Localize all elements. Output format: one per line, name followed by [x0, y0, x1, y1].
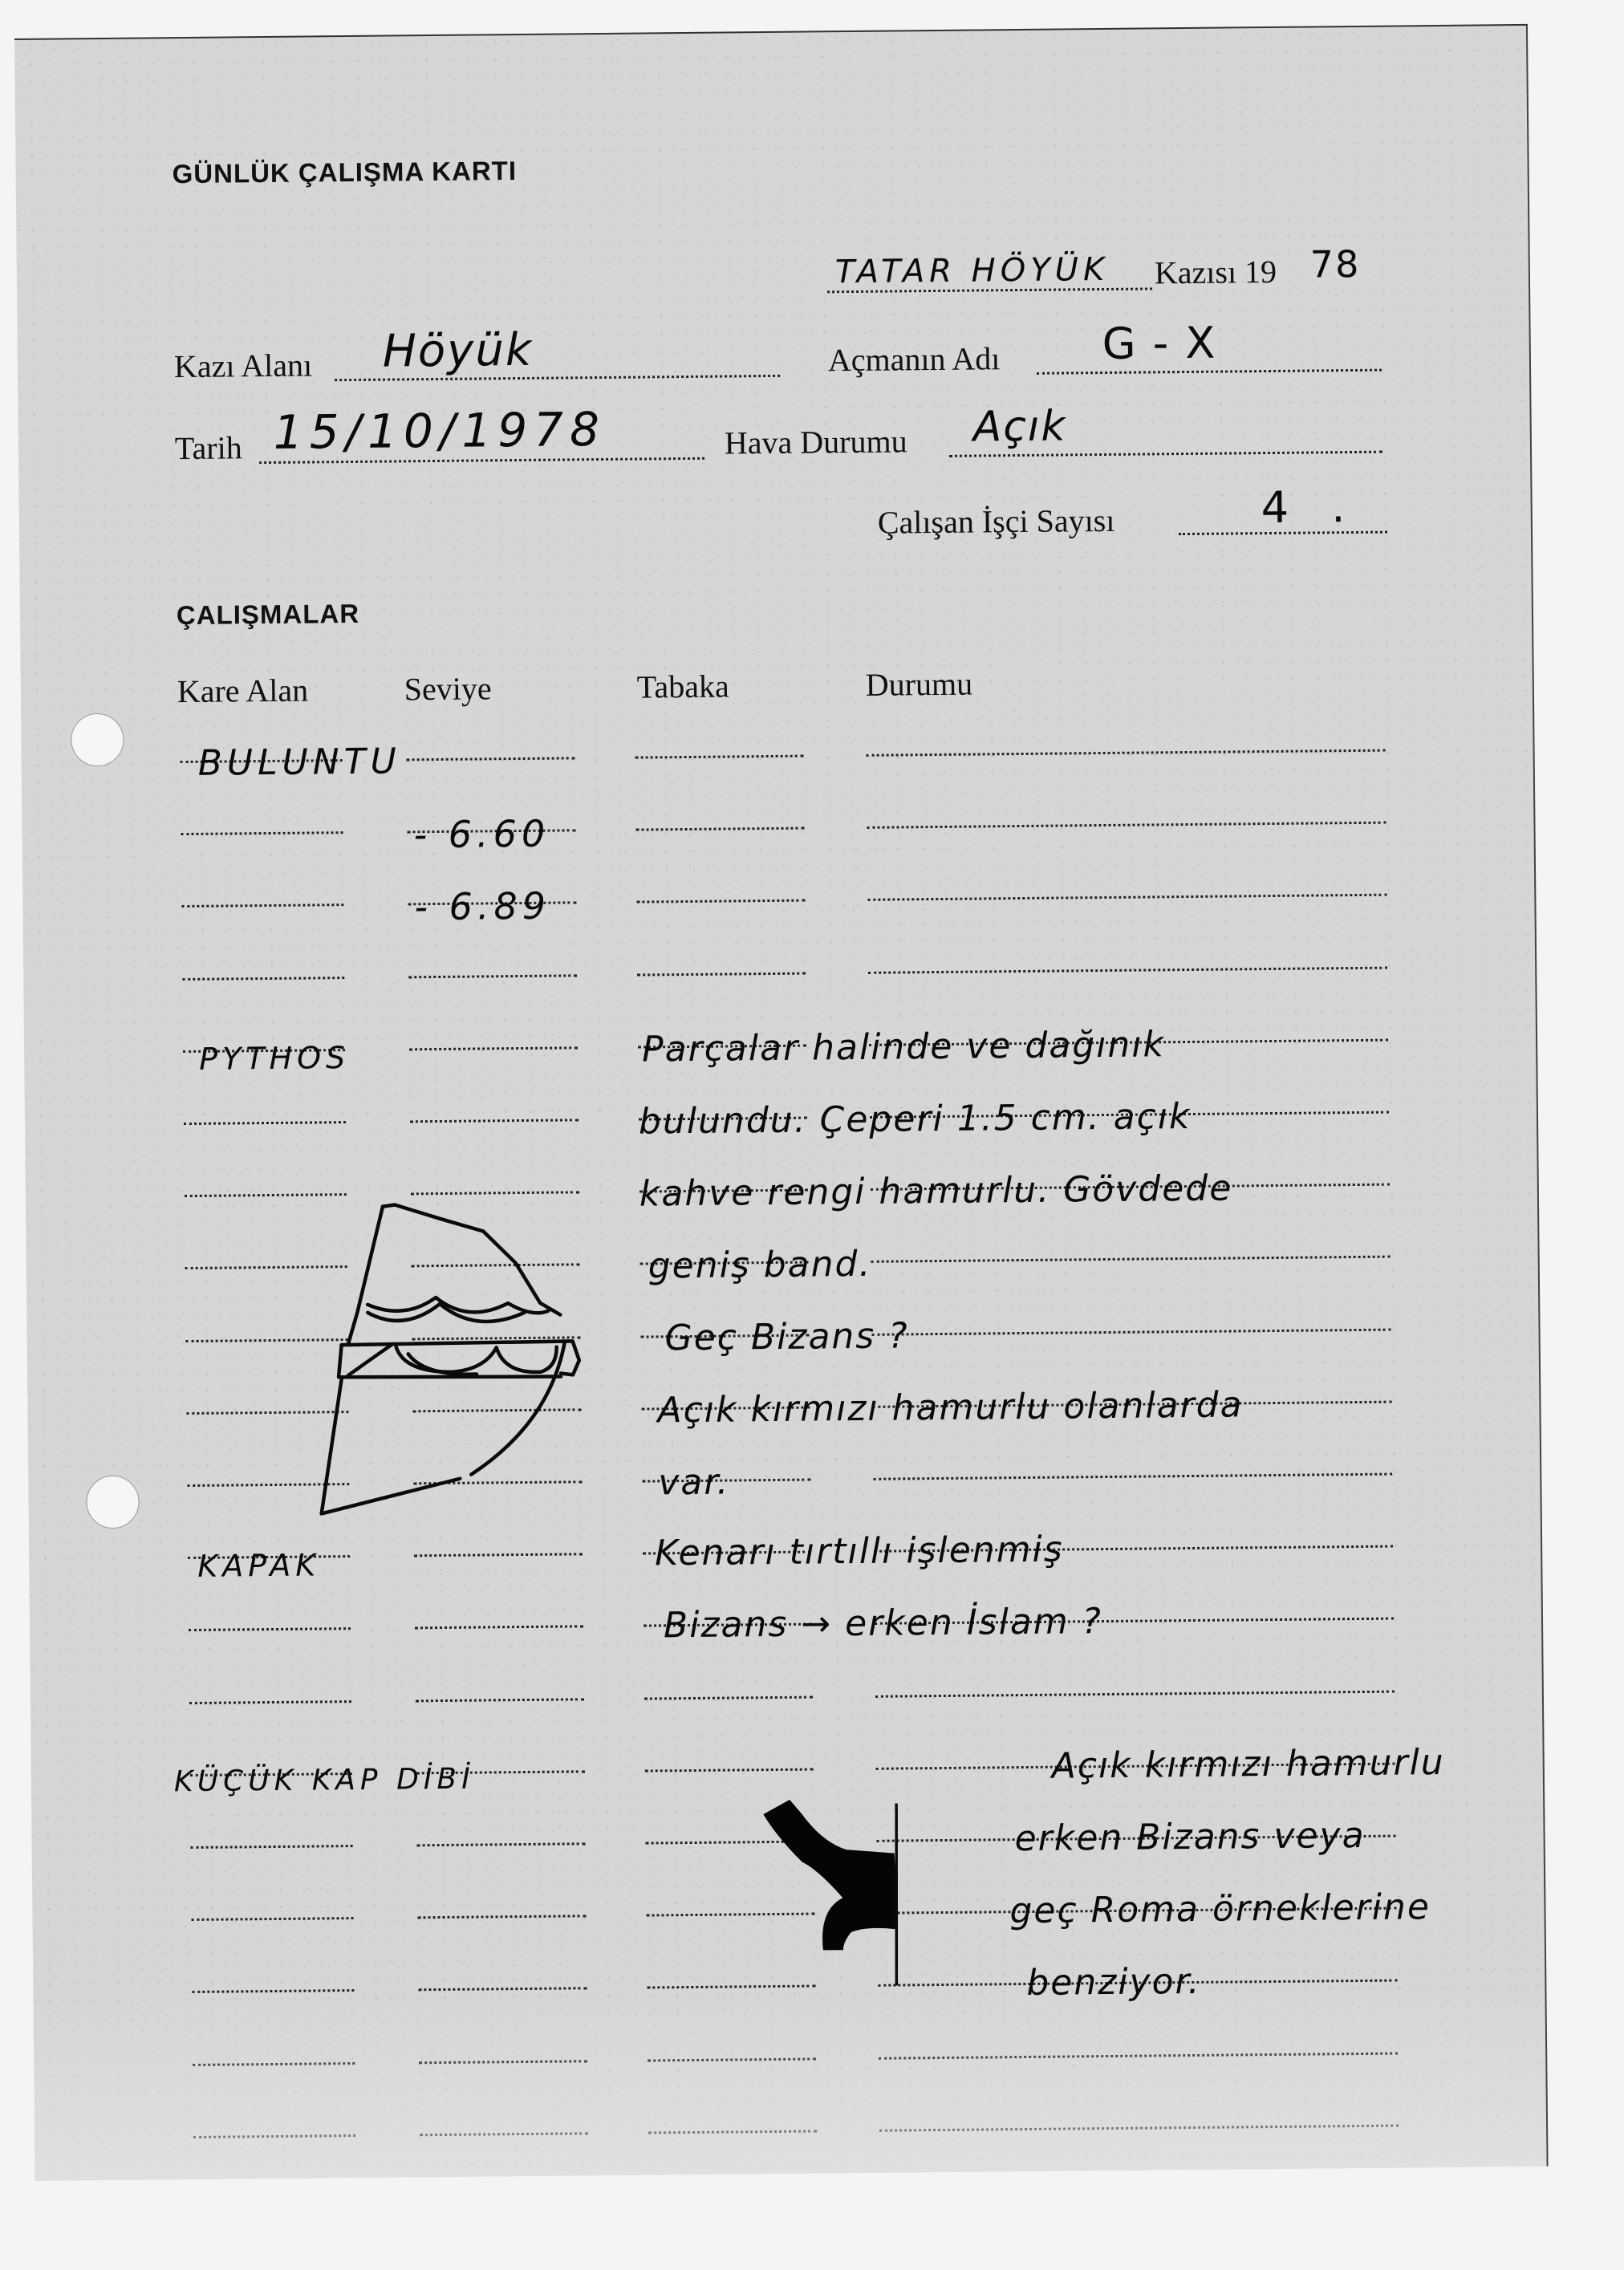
row-dotted-line [416, 1698, 584, 1702]
row-dotted-line [636, 899, 805, 904]
column-header-seviye: Seviye [404, 669, 492, 708]
excavation-year-handwritten[interactable]: 78 [1310, 242, 1361, 286]
work-card: GÜNLÜK ÇALIŞMA KARTI TATAR HÖYÜK Kazısı … [14, 24, 1549, 2181]
row-dotted-line [648, 2130, 817, 2134]
row-dotted-line [409, 1046, 578, 1050]
row-dotted-line [867, 749, 1386, 757]
kucuk-kap-dibi-kare-alan[interactable]: KÜÇÜK KAP DİBİ [174, 1763, 475, 1799]
kucuk-kap-dibi-durumu-line-4[interactable]: benziyor. [1026, 1961, 1201, 2004]
kazi-alani-label: Kazı Alanı [174, 346, 313, 385]
row-dotted-line [417, 1915, 586, 1919]
row-dotted-line [867, 822, 1386, 829]
row-dotted-line [418, 1988, 587, 1992]
row-dotted-line [879, 2052, 1398, 2059]
row-dotted-line [193, 2134, 355, 2138]
punch-hole [86, 1476, 140, 1529]
excavation-year-label: Kazısı 19 [1155, 253, 1277, 291]
row-dotted-line [635, 755, 804, 759]
row-dotted-line [414, 1553, 583, 1557]
hava-durumu-label: Hava Durumu [725, 422, 907, 461]
row-dotted-line [872, 1328, 1391, 1335]
row-dotted-line [875, 1690, 1395, 1697]
form-title: GÜNLÜK ÇALIŞMA KARTI [172, 156, 517, 189]
row-dotted-line [645, 1768, 814, 1772]
row-dotted-line [408, 974, 577, 978]
row-dotted-line [871, 1256, 1391, 1263]
kapak-kare-alan[interactable]: KAPAK [197, 1547, 320, 1583]
kazi-alani-value[interactable]: Höyük [382, 324, 533, 378]
row-dotted-line [635, 827, 804, 831]
pythos-kare-alan[interactable]: PYTHOS [199, 1040, 350, 1077]
kucuk-kap-dibi-durumu-line-3[interactable]: geç Roma örneklerine [1009, 1886, 1431, 1931]
row-dotted-line [868, 966, 1387, 973]
row-dotted-line [189, 1700, 351, 1704]
tarih-value[interactable]: 15/10/1978 [273, 402, 606, 460]
row-dotted-line [193, 2062, 355, 2066]
column-header-durumu: Durumu [866, 665, 973, 704]
tarih-label: Tarih [175, 428, 242, 467]
kucuk-kap-dibi-durumu-line-2[interactable]: erken Bizans veya [1014, 1815, 1365, 1859]
row-dotted-line [420, 2132, 588, 2136]
acmanin-adi-label: Açmanın Adı [828, 339, 1001, 379]
row-dotted-line [867, 894, 1386, 901]
excavation-name[interactable]: TATAR HÖYÜK [835, 251, 1110, 290]
acmanin-adi-value[interactable]: G - X [1102, 318, 1216, 369]
buluntu-seviye-1[interactable]: - 6.60 [413, 812, 550, 857]
hava-durumu-line [949, 451, 1382, 457]
row-dotted-line [415, 1626, 583, 1630]
row-dotted-line [182, 977, 344, 981]
isci-sayisi-label: Çalışan İşçi Sayısı [878, 502, 1115, 542]
kapak-durumu-line-2[interactable]: Bizans → erken İslam ? [664, 1601, 1102, 1646]
row-dotted-line [637, 972, 806, 976]
row-dotted-line [184, 1121, 346, 1125]
buluntu-kare-alan[interactable]: BULUNTU [197, 741, 401, 783]
table-rows [14, 26, 1526, 40]
punch-hole [71, 713, 124, 767]
isci-sayisi-value[interactable]: 4 . [1261, 481, 1359, 533]
acmanin-adi-line [1037, 369, 1382, 375]
hava-durumu-value[interactable]: Açık [972, 402, 1066, 451]
column-header-kare-alan: Kare Alan [177, 672, 309, 711]
row-dotted-line [189, 1627, 351, 1631]
pythos-durumu-line-1[interactable]: Parçalar halinde ve dağınık [642, 1024, 1165, 1070]
row-dotted-line [873, 1473, 1392, 1480]
buluntu-seviye-2[interactable]: - 6.89 [414, 884, 550, 929]
column-header-tabaka: Tabaka [637, 667, 729, 705]
row-dotted-line [181, 904, 343, 908]
row-dotted-line [192, 1989, 354, 1993]
row-dotted-line [181, 831, 343, 835]
row-dotted-line [410, 1119, 579, 1123]
pythos-durumu-line-6[interactable]: Açık kırmızı hamurlu olanlarda [657, 1384, 1244, 1431]
vessel-base-profile-drawing [753, 1789, 964, 1999]
pythos-durumu-line-4[interactable]: geniş band. [648, 1244, 871, 1287]
kucuk-kap-dibi-durumu-line-1[interactable]: Açık kırmızı hamurlu [1051, 1742, 1444, 1787]
pythos-durumu-line-7[interactable]: var. [658, 1462, 730, 1504]
kapak-durumu-line-1[interactable]: Kenarı tırtıllı işlenmiş [655, 1529, 1064, 1574]
pythos-fragment-drawing [282, 1182, 591, 1522]
row-dotted-line [879, 2124, 1399, 2131]
row-dotted-line [191, 1845, 353, 1849]
row-dotted-line [644, 1695, 813, 1699]
row-dotted-line [192, 1917, 354, 1921]
pythos-durumu-line-2[interactable]: bulundu. Çeperi 1.5 cm. açık [639, 1096, 1192, 1143]
section-title: ÇALIŞMALAR [177, 599, 360, 631]
row-dotted-line [407, 757, 575, 761]
row-dotted-line [419, 2060, 587, 2064]
pythos-durumu-line-3[interactable]: kahve rengi hamurlu. Gövdede [639, 1167, 1233, 1214]
row-dotted-line [417, 1842, 586, 1846]
pythos-durumu-line-5[interactable]: Geç Bizans ? [664, 1315, 908, 1358]
row-dotted-line [648, 2057, 816, 2061]
